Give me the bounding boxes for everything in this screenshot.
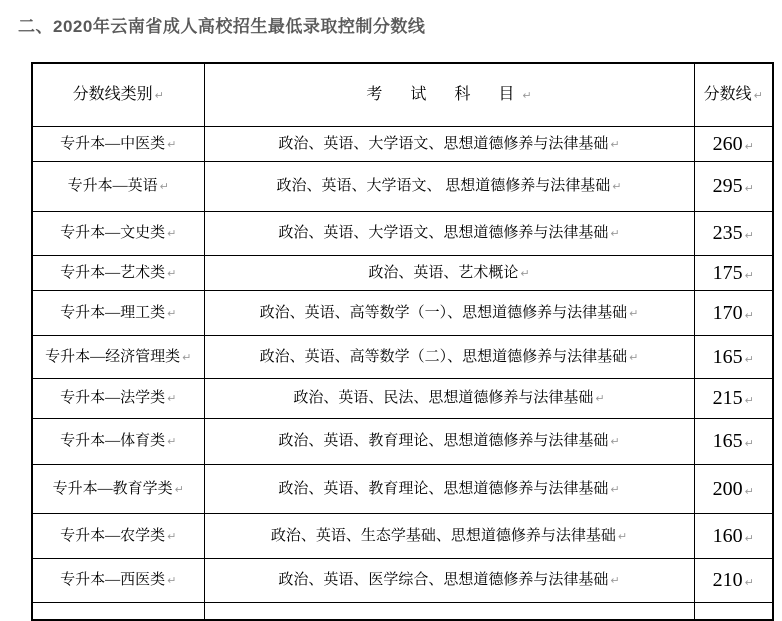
subjects-cell: 政治、英语、艺术概论↵ [204,256,694,291]
paragraph-mark-icon: ↵ [745,394,754,407]
table-row-partial [32,603,773,621]
score-cell: 215↵ [694,379,773,419]
table-row: 专升本—教育学类↵ 政治、英语、教育理论、思想道德修养与法律基础↵ 200↵ [32,465,773,514]
category-cell: 专升本—西医类↵ [32,559,204,603]
score-cell: 200↵ [694,465,773,514]
category-cell: 专升本—英语↵ [32,162,204,212]
header-subjects: 考 试 科 目↵ [204,63,694,127]
score-cell: 160↵ [694,514,773,559]
paragraph-mark-icon: ↵ [745,353,754,366]
score-cell: 170↵ [694,291,773,336]
subjects-cell [204,603,694,621]
subjects-cell: 政治、英语、教育理论、思想道德修养与法律基础↵ [204,465,694,514]
subjects-cell: 政治、英语、大学语文、思想道德修养与法律基础↵ [204,212,694,256]
paragraph-mark-icon: ↵ [612,180,621,193]
table-row: 专升本—中医类↵ 政治、英语、大学语文、思想道德修养与法律基础↵ 260↵ [32,127,773,162]
paragraph-mark-icon: ↵ [167,138,176,151]
category-cell: 专升本—理工类↵ [32,291,204,336]
paragraph-mark-icon: ↵ [160,180,169,193]
paragraph-mark-icon: ↵ [167,227,176,240]
table-row: 专升本—艺术类↵ 政治、英语、艺术概论↵ 175↵ [32,256,773,291]
score-cell: 295↵ [694,162,773,212]
category-cell: 专升本—中医类↵ [32,127,204,162]
paragraph-mark-icon: ↵ [745,140,754,153]
paragraph-mark-icon: ↵ [610,138,619,151]
category-cell: 专升本—文史类↵ [32,212,204,256]
paragraph-mark-icon: ↵ [175,483,184,496]
header-category: 分数线类别↵ [32,63,204,127]
table-row: 专升本—农学类↵ 政治、英语、生态学基础、思想道德修养与法律基础↵ 160↵ [32,514,773,559]
score-cell: 210↵ [694,559,773,603]
paragraph-mark-icon: ↵ [745,485,754,498]
score-cell: 165↵ [694,336,773,379]
page-title: 二、2020年云南省成人高校招生最低录取控制分数线 [18,12,425,37]
score-cell: 165↵ [694,419,773,465]
table-row: 专升本—理工类↵ 政治、英语、高等数学（一）、思想道德修养与法律基础↵ 170↵ [32,291,773,336]
table-row: 专升本—西医类↵ 政治、英语、医学综合、思想道德修养与法律基础↵ 210↵ [32,559,773,603]
category-cell: 专升本—经济管理类↵ [32,336,204,379]
table-header-row: 分数线类别↵ 考 试 科 目↵ 分数线↵ [32,63,773,127]
header-score: 分数线↵ [694,63,773,127]
category-cell: 专升本—教育学类↵ [32,465,204,514]
score-line-table: 分数线类别↵ 考 试 科 目↵ 分数线↵ 专升本—中医类↵ 政治、英语、大学语文… [31,62,774,620]
category-cell: 专升本—农学类↵ [32,514,204,559]
table-row: 专升本—经济管理类↵ 政治、英语、高等数学（二）、思想道德修养与法律基础↵ 16… [32,336,773,379]
table-row: 专升本—体育类↵ 政治、英语、教育理论、思想道德修养与法律基础↵ 165↵ [32,419,773,465]
paragraph-mark-icon: ↵ [629,307,638,320]
paragraph-mark-icon: ↵ [522,89,531,102]
table-row: 专升本—文史类↵ 政治、英语、大学语文、思想道德修养与法律基础↵ 235↵ [32,212,773,256]
subjects-cell: 政治、英语、生态学基础、思想道德修养与法律基础↵ [204,514,694,559]
subjects-cell: 政治、英语、医学综合、思想道德修养与法律基础↵ [204,559,694,603]
paragraph-mark-icon: ↵ [610,227,619,240]
paragraph-mark-icon: ↵ [520,267,529,280]
table-row: 专升本—法学类↵ 政治、英语、民法、思想道德修养与法律基础↵ 215↵ [32,379,773,419]
paragraph-mark-icon: ↵ [610,483,619,496]
paragraph-mark-icon: ↵ [167,307,176,320]
subjects-cell: 政治、英语、大学语文、 思想道德修养与法律基础↵ [204,162,694,212]
category-cell: 专升本—体育类↵ [32,419,204,465]
paragraph-mark-icon: ↵ [745,182,754,195]
paragraph-mark-icon: ↵ [745,437,754,450]
subjects-cell: 政治、英语、高等数学（二）、思想道德修养与法律基础↵ [204,336,694,379]
paragraph-mark-icon: ↵ [610,435,619,448]
category-cell: 专升本—法学类↵ [32,379,204,419]
subjects-cell: 政治、英语、民法、思想道德修养与法律基础↵ [204,379,694,419]
paragraph-mark-icon: ↵ [167,574,176,587]
paragraph-mark-icon: ↵ [167,267,176,280]
paragraph-mark-icon: ↵ [182,351,191,364]
table-row: 专升本—英语↵ 政治、英语、大学语文、 思想道德修养与法律基础↵ 295↵ [32,162,773,212]
paragraph-mark-icon: ↵ [167,530,176,543]
paragraph-mark-icon: ↵ [618,530,627,543]
category-cell [32,603,204,621]
paragraph-mark-icon: ↵ [745,309,754,322]
paragraph-mark-icon: ↵ [745,229,754,242]
paragraph-mark-icon: ↵ [754,89,763,102]
subjects-cell: 政治、英语、大学语文、思想道德修养与法律基础↵ [204,127,694,162]
paragraph-mark-icon: ↵ [155,89,164,102]
subjects-cell: 政治、英语、教育理论、思想道德修养与法律基础↵ [204,419,694,465]
paragraph-mark-icon: ↵ [167,435,176,448]
paragraph-mark-icon: ↵ [167,392,176,405]
paragraph-mark-icon: ↵ [610,574,619,587]
paragraph-mark-icon: ↵ [595,392,604,405]
subjects-cell: 政治、英语、高等数学（一）、思想道德修养与法律基础↵ [204,291,694,336]
score-cell: 175↵ [694,256,773,291]
paragraph-mark-icon: ↵ [629,351,638,364]
score-cell: 235↵ [694,212,773,256]
score-cell: 260↵ [694,127,773,162]
paragraph-mark-icon: ↵ [745,269,754,282]
category-cell: 专升本—艺术类↵ [32,256,204,291]
paragraph-mark-icon: ↵ [745,532,754,545]
score-cell [694,603,773,621]
paragraph-mark-icon: ↵ [745,576,754,589]
